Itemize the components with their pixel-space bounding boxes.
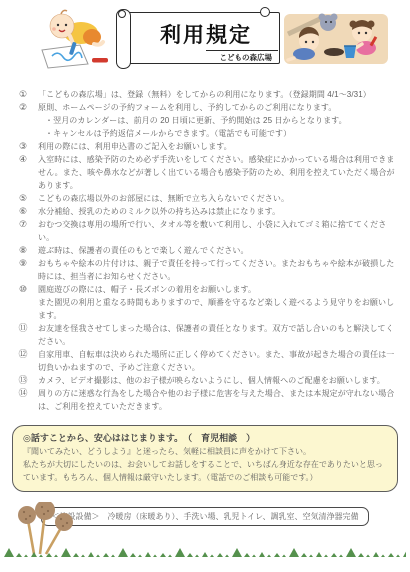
rule-item: ① 「こどもの森広場」は、登録（無料）をしてからの利用になります。（登録期間 4… (16, 88, 396, 101)
rule-number: ⑪ (16, 322, 30, 335)
rule-number: ⑧ (16, 244, 30, 257)
rule-number: ⑩ (16, 283, 30, 296)
banner-curl-icon (260, 7, 270, 17)
rules-list: ① 「こどもの森広場」は、登録（無料）をしてからの利用になります。（登録期間 4… (16, 88, 396, 413)
rule-number: ⑨ (16, 257, 30, 270)
rule-line: こどもの森広場以外のお部屋には、無断で立ち入らないでください。 (38, 192, 396, 205)
page-subtitle: こどもの森広場 (206, 50, 279, 63)
rule-text: おむつ交換は専用の場所で行い、タオル等を敷いて利用し、小袋に入れてゴミ箱に捨てて… (38, 218, 396, 244)
rule-line: 利用の際には、利用申込書のご記入をお願いします。 (38, 140, 396, 153)
title-banner: 利用規定 こどもの森広場 (116, 9, 280, 67)
rule-line: 入室時には、感染予防のため必ず手洗いをしてください。感染症にかかっている場合は利… (38, 153, 396, 192)
consultation-heading: ◎話すことから、安心ははじまります。 （ 育児相談 ） (23, 432, 387, 445)
page-header: 利用規定 こどもの森広場 (0, 0, 410, 80)
children-sandbox-illustration (282, 8, 394, 68)
rule-line: 周りの方に迷惑な行為をした場合や他のお子様に危害を与えた場合、または本規定が守れ… (38, 387, 396, 413)
rule-item: ⑭ 周りの方に迷惑な行為をした場合や他のお子様に危害を与えた場合、または本規定が… (16, 387, 396, 413)
rule-text: 原則、ホームページの予約フォームを利用し、予約してからのご利用になります。・翌月… (38, 101, 396, 140)
rule-text: こどもの森広場以外のお部屋には、無断で立ち入らないでください。 (38, 192, 396, 205)
usage-rules-page: 利用規定 こどもの森広場 (0, 0, 410, 572)
rule-text: カメラ、ビデオ撮影は、他のお子様が映らないようにし、個人情報へのご配慮をお願いし… (38, 374, 396, 387)
rule-number: ⑤ (16, 192, 30, 205)
rule-line: 自家用車、自転車は決められた場所に正しく停めてください。また、事故が起きた場合の… (38, 348, 396, 374)
rule-item: ⑪ お友達を怪我させてしまった場合は、保護者の責任となります。双方で話し合いのも… (16, 322, 396, 348)
consultation-line: 『聞いてみたい、どうしよう』と迷ったら、気軽に相談員に声をかけて下さい。 (23, 445, 387, 458)
rule-line: ・キャンセルは予約返信メールからできます。（電話でも可能です） (38, 127, 396, 140)
rule-text: 利用の際には、利用申込書のご記入をお願いします。 (38, 140, 396, 153)
rule-text: お友達を怪我させてしまった場合は、保護者の責任となります。双方で話し合いのもと解… (38, 322, 396, 348)
rule-item: ⑫ 自家用車、自転車は決められた場所に正しく停めてください。また、事故が起きた場… (16, 348, 396, 374)
consultation-line: 私たちが大切にしたいのは、お会いしてお話しをすることで、いちばん身近な存在であり… (23, 458, 387, 484)
rule-text: 遊ぶ時は、保護者の責任のもとで楽しく遊んでください。 (38, 244, 396, 257)
rule-number: ② (16, 101, 30, 114)
rule-item: ⑬ カメラ、ビデオ撮影は、他のお子様が映らないようにし、個人情報へのご配慮をお願… (16, 374, 396, 387)
rule-line: おもちゃや絵本の片付けは、親子で責任を持って行ってください。またおもちゃや絵本が… (38, 257, 396, 283)
page-title: 利用規定 (140, 19, 272, 49)
rule-line: 園庭遊びの際には、帽子・長ズボンの着用をお願いします。 (38, 283, 396, 296)
rule-item: ⑨ おもちゃや絵本の片付けは、親子で責任を持って行ってください。またおもちゃや絵… (16, 257, 396, 283)
rule-number: ④ (16, 153, 30, 166)
grass-border-illustration (4, 541, 406, 557)
rule-text: 自家用車、自転車は決められた場所に正しく停めてください。また、事故が起きた場合の… (38, 348, 396, 374)
rule-number: ① (16, 88, 30, 101)
rule-number: ⑬ (16, 374, 30, 387)
rule-line: また園児の利用と重なる時間もありますので、順番を守るなど楽しく遊べるよう見守りを… (38, 296, 396, 322)
rule-number: ⑥ (16, 205, 30, 218)
rule-line: ・翌月のカレンダーは、前月の 20 日頃に更新、予約開始は 25 日からとなりま… (38, 114, 396, 127)
rule-line: 「こどもの森広場」は、登録（無料）をしてからの利用になります。（登録期間 4/1… (38, 88, 396, 101)
rule-number: ⑫ (16, 348, 30, 361)
rule-line: 水分補給、授乳のためのミルク以外の持ち込みは禁止になります。 (38, 205, 396, 218)
baby-drawing-illustration (26, 6, 118, 72)
rule-line: 原則、ホームページの予約フォームを利用し、予約してからのご利用になります。 (38, 101, 396, 114)
consultation-lines: 『聞いてみたい、どうしよう』と迷ったら、気軽に相談員に声をかけて下さい。私たちが… (23, 445, 387, 484)
banner-pin-icon (118, 10, 126, 18)
rule-line: おむつ交換は専用の場所で行い、タオル等を敷いて利用し、小袋に入れてゴミ箱に捨てて… (38, 218, 396, 244)
banner-scroll-roll (116, 9, 131, 69)
rule-text: 周りの方に迷惑な行為をした場合や他のお子様に危害を与えた場合、または本規定が守れ… (38, 387, 396, 413)
rule-number: ③ (16, 140, 30, 153)
rule-item: ⑩ 園庭遊びの際には、帽子・長ズボンの着用をお願いします。また園児の利用と重なる… (16, 283, 396, 322)
rule-item: ⑤ こどもの森広場以外のお部屋には、無断で立ち入らないでください。 (16, 192, 396, 205)
rule-text: おもちゃや絵本の片付けは、親子で責任を持って行ってください。またおもちゃや絵本が… (38, 257, 396, 283)
rule-text: 入室時には、感染予防のため必ず手洗いをしてください。感染症にかかっている場合は利… (38, 153, 396, 192)
rule-text: 園庭遊びの際には、帽子・長ズボンの着用をお願いします。また園児の利用と重なる時間… (38, 283, 396, 322)
rule-line: カメラ、ビデオ撮影は、他のお子様が映らないようにし、個人情報へのご配慮をお願いし… (38, 374, 396, 387)
rule-item: ② 原則、ホームページの予約フォームを利用し、予約してからのご利用になります。・… (16, 101, 396, 140)
rule-line: お友達を怪我させてしまった場合は、保護者の責任となります。双方で話し合いのもと解… (38, 322, 396, 348)
rule-item: ⑧ 遊ぶ時は、保護者の責任のもとで楽しく遊んでください。 (16, 244, 396, 257)
facility-equipment-box: ＜施設設備＞ 冷暖房（床暖あり）、手洗い場、乳児トイレ、調乳室、空気清浄器完備 (41, 507, 369, 526)
rule-line: 遊ぶ時は、保護者の責任のもとで楽しく遊んでください。 (38, 244, 396, 257)
consultation-box: ◎話すことから、安心ははじまります。 （ 育児相談 ） 『聞いてみたい、どうしよ… (12, 425, 398, 492)
rule-item: ④ 入室時には、感染予防のため必ず手洗いをしてください。感染症にかかっている場合… (16, 153, 396, 192)
rule-item: ③ 利用の際には、利用申込書のご記入をお願いします。 (16, 140, 396, 153)
rule-item: ⑥ 水分補給、授乳のためのミルク以外の持ち込みは禁止になります。 (16, 205, 396, 218)
rule-text: 水分補給、授乳のためのミルク以外の持ち込みは禁止になります。 (38, 205, 396, 218)
rule-number: ⑭ (16, 387, 30, 400)
rule-text: 「こどもの森広場」は、登録（無料）をしてからの利用になります。（登録期間 4/1… (38, 88, 396, 101)
rule-number: ⑦ (16, 218, 30, 231)
rule-item: ⑦ おむつ交換は専用の場所で行い、タオル等を敷いて利用し、小袋に入れてゴミ箱に捨… (16, 218, 396, 244)
